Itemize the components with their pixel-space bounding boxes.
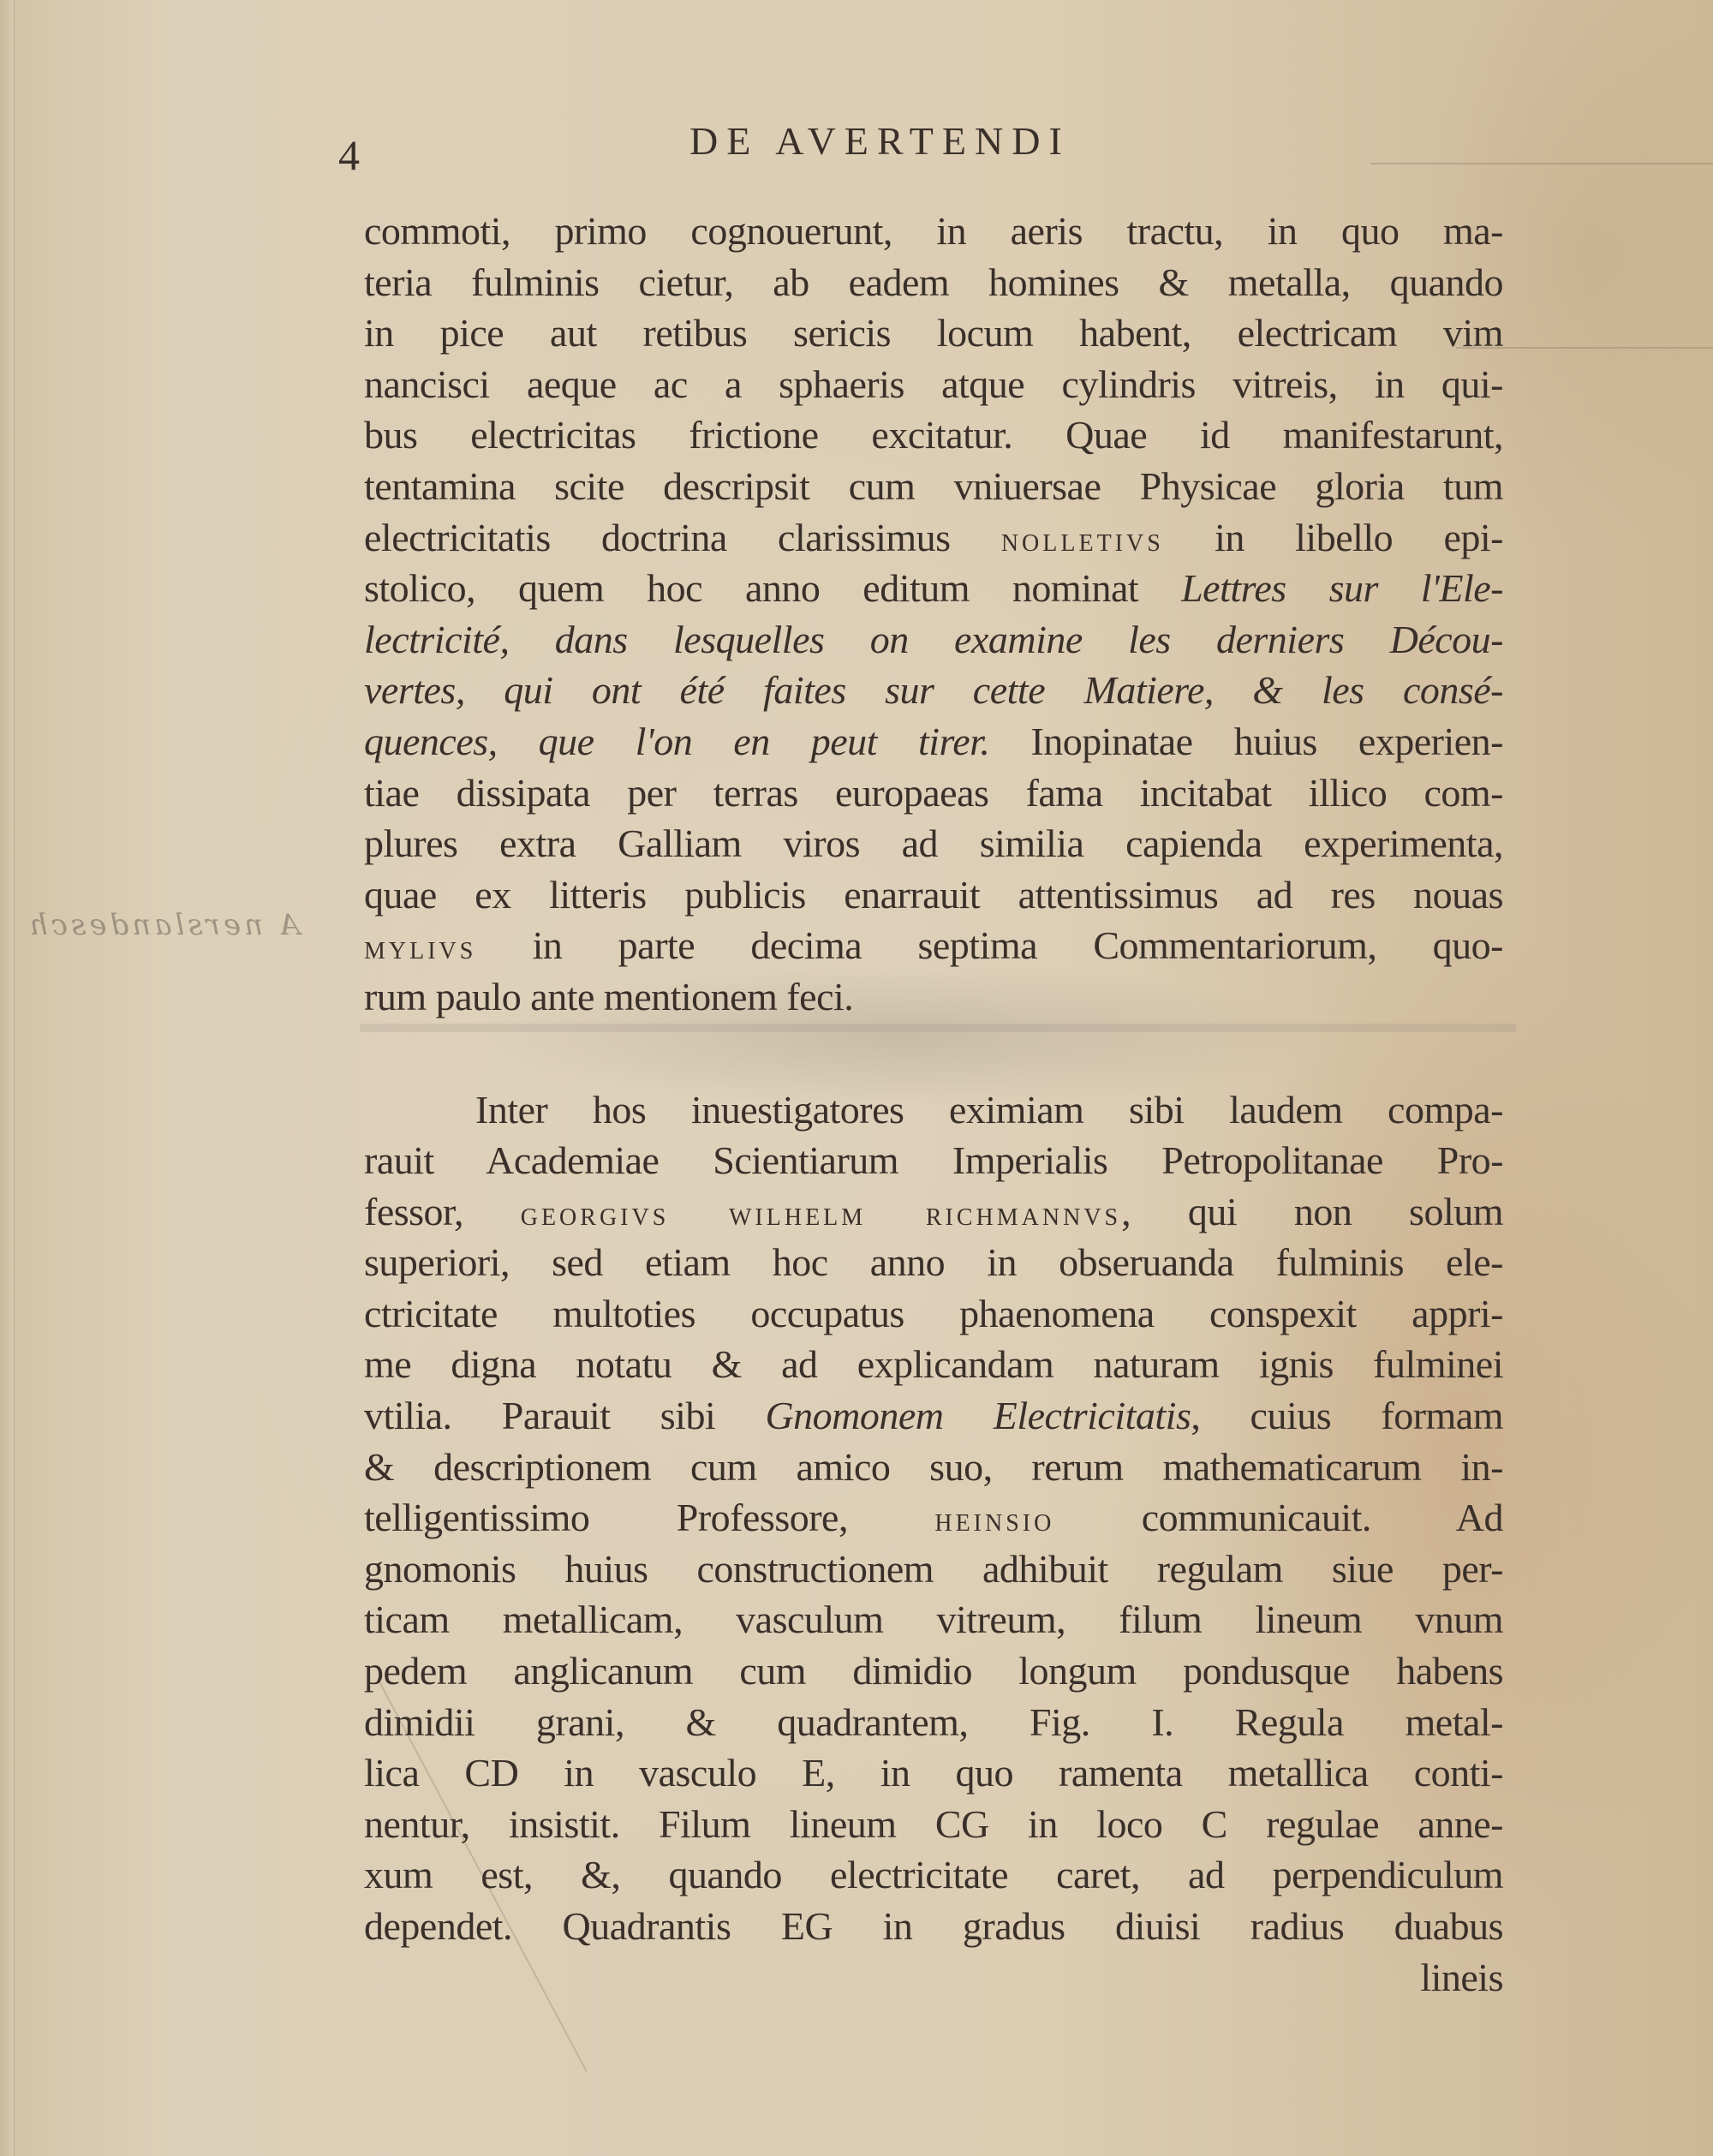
text-line: gnomonis huius constructionem adhibuit r… [364, 1544, 1503, 1595]
text-line: pedem anglicanum cum dimidio longum pond… [364, 1645, 1503, 1697]
text-run: tentamina scite descripsit cum vniuersae… [364, 464, 1503, 508]
text-run: nancisci aeque ac a sphaeris atque cylin… [364, 362, 1503, 406]
text-line: xum est, &, quando electricitate caret, … [364, 1849, 1503, 1901]
text-line: ticam metallicam, vasculum vitreum, filu… [364, 1594, 1503, 1645]
paragraph: commoti, primo cognouerunt, in aeris tra… [364, 206, 1503, 1023]
text-line: nentur, insistit. Filum lineum CG in loc… [364, 1799, 1503, 1850]
text-run: , qui non solum [1121, 1190, 1503, 1233]
text-line: rauit Academiae Scientiarum Imperialis P… [364, 1135, 1503, 1186]
text-run: & descriptionem cum amico suo, rerum mat… [364, 1445, 1503, 1489]
text-line: MYLIVS in parte decima septima Commentar… [364, 920, 1503, 971]
text-run: in libello epi- [1164, 516, 1503, 559]
text-line: nancisci aeque ac a sphaeris atque cylin… [364, 359, 1503, 410]
text-line: quences, que l'on en peut tirer. Inopina… [364, 716, 1503, 767]
italic-text: lectricité, dans lesquelles on examine l… [364, 618, 1503, 661]
text-run: dependet. Quadrantis EG in gradus diuisi… [364, 1904, 1503, 1948]
text-run: tiae dissipata per terras europaeas fama… [364, 771, 1503, 815]
text-run: communicauit. Ad [1054, 1496, 1503, 1539]
text-run: ticam metallicam, vasculum vitreum, filu… [364, 1598, 1503, 1641]
text-line: vtilia. Parauit sibi Gnomonem Electricit… [364, 1390, 1503, 1442]
text-line: bus electricitas frictione excitatur. Qu… [364, 409, 1503, 461]
proper-name: GEORGIVS WILHELM RICHMANNVS [521, 1194, 1121, 1233]
italic-text: Lettres sur l'Ele- [1181, 566, 1503, 610]
text-line: dependet. Quadrantis EG in gradus diuisi… [364, 1901, 1503, 1952]
italic-text: vertes, qui ont été faites sur cette Mat… [364, 668, 1503, 712]
italic-text: Gnomonem Electricitatis [765, 1394, 1191, 1437]
text-run: rum paulo ante mentionem feci. [364, 975, 853, 1018]
text-run: teria fulminis cietur, ab eadem homines … [364, 260, 1503, 304]
text-line: commoti, primo cognouerunt, in aeris tra… [364, 206, 1503, 257]
text-line: lectricité, dans lesquelles on examine l… [364, 614, 1503, 666]
text-line: teria fulminis cietur, ab eadem homines … [364, 257, 1503, 308]
page-number: 4 [338, 130, 360, 180]
proper-name: HEINSIO [934, 1500, 1054, 1538]
text-run: Inopinatae huius experien- [989, 720, 1503, 763]
text-line: electricitatis doctrina clarissimus NOLL… [364, 512, 1503, 564]
text-run: stolico, quem hoc anno editum nominat [364, 566, 1181, 610]
text-run: in parte decima septima Commentariorum, … [476, 923, 1503, 967]
text-line: fessor, GEORGIVS WILHELM RICHMANNVS, qui… [364, 1186, 1503, 1238]
text-run: ctricitate multoties occupatus phaenomen… [364, 1292, 1503, 1335]
text-run: vtilia. Parauit sibi [364, 1394, 765, 1437]
margin-annotation: A nerslandesch [26, 908, 300, 942]
text-run: bus electricitas frictione excitatur. Qu… [364, 413, 1503, 457]
proper-name: NOLLETIVS [1001, 520, 1164, 558]
text-line: plures extra Galliam viros ad similia ca… [364, 818, 1503, 869]
paragraph: Inter hos inuestigatores eximiam sibi la… [364, 1084, 1503, 1952]
text-line: tiae dissipata per terras europaeas fama… [364, 767, 1503, 819]
text-run: quae ex litteris publicis enarrauit atte… [364, 873, 1503, 917]
text-line: Inter hos inuestigatores eximiam sibi la… [364, 1084, 1503, 1136]
text-line: ctricitate multoties occupatus phaenomen… [364, 1288, 1503, 1340]
text-line: lica CD in vasculo E, in quo ramenta met… [364, 1747, 1503, 1799]
text-run: commoti, primo cognouerunt, in aeris tra… [364, 209, 1503, 253]
text-line: in pice aut retibus sericis locum habent… [364, 308, 1503, 359]
text-line: dimidii grani, & quadrantem, Fig. I. Reg… [364, 1697, 1503, 1748]
text-run: fessor, [364, 1190, 521, 1233]
text-line: & descriptionem cum amico suo, rerum mat… [364, 1442, 1503, 1493]
text-line: superiori, sed etiam hoc anno in obserua… [364, 1237, 1503, 1288]
italic-text: quences, que l'on en peut tirer. [364, 720, 989, 763]
text-run: rauit Academiae Scientiarum Imperialis P… [364, 1138, 1503, 1182]
text-run: superiori, sed etiam hoc anno in obserua… [364, 1240, 1503, 1284]
text-run: telligentissimo Professore, [364, 1496, 934, 1539]
page-header: 4 DE AVERTENDI [338, 118, 1520, 178]
text-run: me digna notatu & ad explicandam naturam… [364, 1342, 1503, 1386]
text-line: stolico, quem hoc anno editum nominat Le… [364, 563, 1503, 614]
text-run: nentur, insistit. Filum lineum CG in loc… [364, 1802, 1503, 1846]
text-run: xum est, &, quando electricitate caret, … [364, 1853, 1503, 1896]
paragraph-gap [364, 1023, 1503, 1084]
text-run: dimidii grani, & quadrantem, Fig. I. Reg… [364, 1700, 1503, 1744]
text-line: telligentissimo Professore, HEINSIO comm… [364, 1492, 1503, 1544]
running-head: DE AVERTENDI [689, 118, 1071, 164]
body-text: commoti, primo cognouerunt, in aeris tra… [364, 206, 1503, 2003]
text-line: rum paulo ante mentionem feci. [364, 971, 1503, 1023]
text-run: Inter hos inuestigatores eximiam sibi la… [475, 1088, 1503, 1132]
text-line: me digna notatu & ad explicandam naturam… [364, 1339, 1503, 1390]
catchword: lineis [364, 1952, 1503, 2004]
text-run: in pice aut retibus sericis locum habent… [364, 311, 1503, 355]
text-run: gnomonis huius constructionem adhibuit r… [364, 1547, 1503, 1591]
page-edge [0, 0, 15, 2156]
text-line: tentamina scite descripsit cum vniuersae… [364, 461, 1503, 512]
text-line: vertes, qui ont été faites sur cette Mat… [364, 665, 1503, 716]
text-run: , cuius formam [1191, 1394, 1503, 1437]
text-line: quae ex litteris publicis enarrauit atte… [364, 869, 1503, 921]
text-run: electricitatis doctrina clarissimus [364, 516, 1001, 559]
proper-name: MYLIVS [364, 928, 476, 966]
text-run: plures extra Galliam viros ad similia ca… [364, 821, 1503, 865]
scanned-page: A nerslandesch 4 DE AVERTENDI commoti, p… [0, 0, 1713, 2156]
text-run: pedem anglicanum cum dimidio longum pond… [364, 1649, 1503, 1693]
text-run: lica CD in vasculo E, in quo ramenta met… [364, 1751, 1503, 1795]
